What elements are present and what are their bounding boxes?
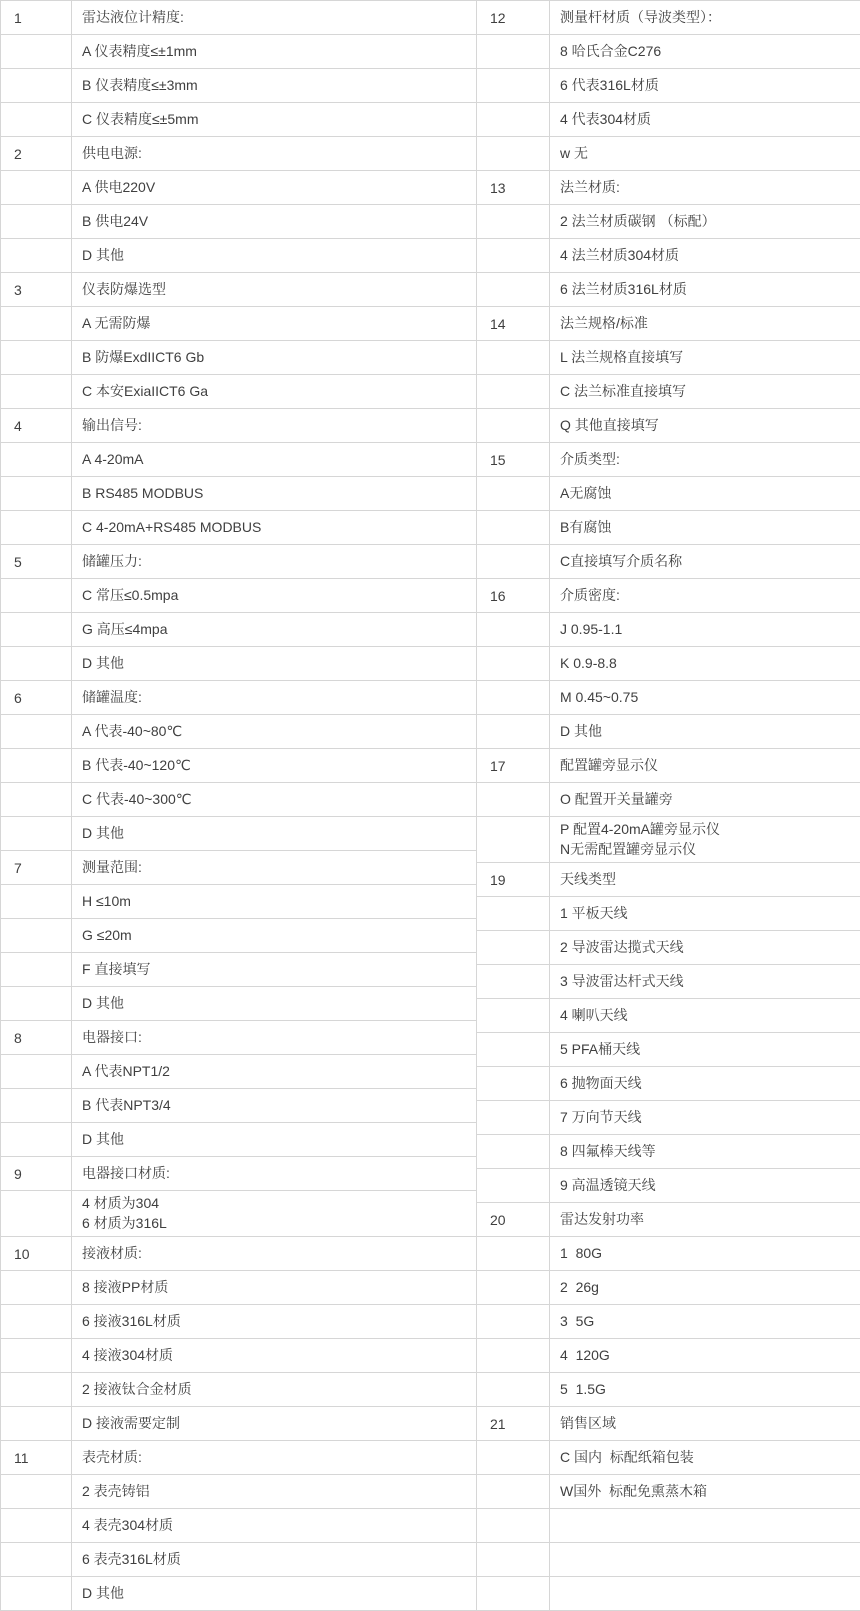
table-row: 4 法兰材质304材质 bbox=[477, 239, 860, 273]
row-number-cell bbox=[1, 375, 72, 409]
table-row: O 配置开关量罐旁 bbox=[477, 783, 860, 817]
row-number-cell bbox=[477, 647, 550, 681]
row-number-cell bbox=[1, 1543, 72, 1577]
table-row: L 法兰规格直接填写 bbox=[477, 341, 860, 375]
table-row: D 其他 bbox=[1, 1577, 477, 1611]
row-text-cell: M 0.45~0.75 bbox=[550, 681, 860, 715]
row-text-cell: C直接填写介质名称 bbox=[550, 545, 860, 579]
row-number-cell bbox=[477, 35, 550, 69]
table-row: 9电器接口材质: bbox=[1, 1157, 477, 1191]
row-number-cell bbox=[1, 69, 72, 103]
table-row: C 国内 标配纸箱包装 bbox=[477, 1441, 860, 1475]
table-row: 20雷达发射功率 bbox=[477, 1203, 860, 1237]
row-text-cell: A 仪表精度≤±1mm bbox=[72, 35, 477, 69]
row-text-cell: 8 哈氏合金C276 bbox=[550, 35, 860, 69]
row-text-cell: 6 表壳316L材质 bbox=[72, 1543, 477, 1577]
table-row: A 仪表精度≤±1mm bbox=[1, 35, 477, 69]
row-number-cell: 8 bbox=[1, 1021, 72, 1055]
row-text-cell: 仪表防爆选型 bbox=[72, 273, 477, 307]
row-text-cell: 4 表壳304材质 bbox=[72, 1509, 477, 1543]
table-row: C 本安ExiaIICT6 Ga bbox=[1, 375, 477, 409]
table-row: M 0.45~0.75 bbox=[477, 681, 860, 715]
row-text-cell: L 法兰规格直接填写 bbox=[550, 341, 860, 375]
table-row: C 法兰标准直接填写 bbox=[477, 375, 860, 409]
row-number-cell bbox=[477, 1441, 550, 1475]
row-text-cell: 8 接液PP材质 bbox=[72, 1271, 477, 1305]
table-row: 4 120G bbox=[477, 1339, 860, 1373]
table-row: B 代表NPT3/4 bbox=[1, 1089, 477, 1123]
table-row: 5储罐压力: bbox=[1, 545, 477, 579]
row-text-cell: 配置罐旁显示仪 bbox=[550, 749, 860, 783]
row-number-cell bbox=[477, 1067, 550, 1101]
row-number-cell bbox=[477, 1305, 550, 1339]
table-row: 2 表壳铸铝 bbox=[1, 1475, 477, 1509]
table-row: 6 表壳316L材质 bbox=[1, 1543, 477, 1577]
row-text-cell: 接液材质: bbox=[72, 1237, 477, 1271]
row-number-cell bbox=[477, 239, 550, 273]
row-text-cell: C 4-20mA+RS485 MODBUS bbox=[72, 511, 477, 545]
row-number-cell bbox=[477, 1169, 550, 1203]
row-number-cell: 1 bbox=[1, 1, 72, 35]
table-row: F 直接填写 bbox=[1, 953, 477, 987]
row-number-cell bbox=[477, 783, 550, 817]
row-number-cell bbox=[477, 1237, 550, 1271]
row-number-cell bbox=[477, 69, 550, 103]
row-number-cell bbox=[1, 103, 72, 137]
table-row: 13法兰材质: bbox=[477, 171, 860, 205]
row-text-cell: D 其他 bbox=[550, 715, 860, 749]
table-row: B 代表-40~120℃ bbox=[1, 749, 477, 783]
row-number-cell bbox=[477, 931, 550, 965]
row-number-cell: 12 bbox=[477, 1, 550, 35]
row-number-cell: 17 bbox=[477, 749, 550, 783]
table-row: 4 接液304材质 bbox=[1, 1339, 477, 1373]
table-row: K 0.9-8.8 bbox=[477, 647, 860, 681]
row-text-cell: 5 1.5G bbox=[550, 1373, 860, 1407]
row-text-cell: D 其他 bbox=[72, 987, 477, 1021]
row-text-cell: A 代表NPT1/2 bbox=[72, 1055, 477, 1089]
row-number-cell bbox=[477, 999, 550, 1033]
row-number-cell bbox=[1, 1509, 72, 1543]
table-row bbox=[477, 1543, 860, 1577]
row-number-cell bbox=[477, 545, 550, 579]
table-row: C 4-20mA+RS485 MODBUS bbox=[1, 511, 477, 545]
row-number-cell bbox=[477, 273, 550, 307]
row-number-cell bbox=[1, 35, 72, 69]
table-row: 4输出信号: bbox=[1, 409, 477, 443]
row-text-cell: P 配置4-20mA罐旁显示仪 N无需配置罐旁显示仪 bbox=[550, 817, 860, 863]
table-row: 4 喇叭天线 bbox=[477, 999, 860, 1033]
row-text-cell: B 供电24V bbox=[72, 205, 477, 239]
row-number-cell bbox=[1, 953, 72, 987]
row-number-cell: 14 bbox=[477, 307, 550, 341]
row-text-cell: D 接液需要定制 bbox=[72, 1407, 477, 1441]
row-number-cell bbox=[1, 783, 72, 817]
row-number-cell bbox=[1, 817, 72, 851]
row-text-cell: 4 接液304材质 bbox=[72, 1339, 477, 1373]
row-text-cell: 1 80G bbox=[550, 1237, 860, 1271]
row-number-cell: 20 bbox=[477, 1203, 550, 1237]
row-text-cell: 8 四氟棒天线等 bbox=[550, 1135, 860, 1169]
table-row: 6 接液316L材质 bbox=[1, 1305, 477, 1339]
table-row: 8 四氟棒天线等 bbox=[477, 1135, 860, 1169]
table-row: C 代表-40~300℃ bbox=[1, 783, 477, 817]
table-row: 3 5G bbox=[477, 1305, 860, 1339]
row-number-cell: 3 bbox=[1, 273, 72, 307]
row-text-cell: C 国内 标配纸箱包装 bbox=[550, 1441, 860, 1475]
table-row: 4 表壳304材质 bbox=[1, 1509, 477, 1543]
table-row: D 接液需要定制 bbox=[1, 1407, 477, 1441]
row-text-cell: w 无 bbox=[550, 137, 860, 171]
row-text-cell: G 高压≤4mpa bbox=[72, 613, 477, 647]
row-number-cell bbox=[1, 613, 72, 647]
row-number-cell bbox=[477, 341, 550, 375]
row-text-cell: B RS485 MODBUS bbox=[72, 477, 477, 511]
table-row: D 其他 bbox=[1, 817, 477, 851]
row-number-cell bbox=[1, 307, 72, 341]
table-row: 19天线类型 bbox=[477, 863, 860, 897]
row-number-cell bbox=[1, 1089, 72, 1123]
row-text-cell: 表壳材质: bbox=[72, 1441, 477, 1475]
row-text-cell: A 4-20mA bbox=[72, 443, 477, 477]
table-row: A 供电220V bbox=[1, 171, 477, 205]
row-text-cell: C 常压≤0.5mpa bbox=[72, 579, 477, 613]
table-row: 5 1.5G bbox=[477, 1373, 860, 1407]
table-row: 8 哈氏合金C276 bbox=[477, 35, 860, 69]
table-row: 17配置罐旁显示仪 bbox=[477, 749, 860, 783]
row-number-cell bbox=[477, 965, 550, 999]
row-text-cell: 6 代表316L材质 bbox=[550, 69, 860, 103]
row-number-cell: 16 bbox=[477, 579, 550, 613]
table-row: A 无需防爆 bbox=[1, 307, 477, 341]
table-row: 6储罐温度: bbox=[1, 681, 477, 715]
table-row bbox=[477, 1577, 860, 1611]
row-text-cell: C 法兰标准直接填写 bbox=[550, 375, 860, 409]
table-row: 16介质密度: bbox=[477, 579, 860, 613]
row-text-cell: 法兰规格/标准 bbox=[550, 307, 860, 341]
row-text-cell: O 配置开关量罐旁 bbox=[550, 783, 860, 817]
row-number-cell bbox=[477, 1373, 550, 1407]
row-number-cell bbox=[1, 647, 72, 681]
row-text-cell: D 其他 bbox=[72, 647, 477, 681]
table-row: 7 万向节天线 bbox=[477, 1101, 860, 1135]
row-number-cell bbox=[1, 1407, 72, 1441]
row-text-cell: W国外 标配免熏蒸木箱 bbox=[550, 1475, 860, 1509]
table-row: 3仪表防爆选型 bbox=[1, 273, 477, 307]
row-text-cell: 7 万向节天线 bbox=[550, 1101, 860, 1135]
row-text-cell: 测量杆材质（导波类型）： bbox=[550, 1, 860, 35]
row-number-cell: 7 bbox=[1, 851, 72, 885]
row-number-cell bbox=[1, 749, 72, 783]
row-text-cell: 1 平板天线 bbox=[550, 897, 860, 931]
row-number-cell: 15 bbox=[477, 443, 550, 477]
row-text-cell: 雷达液位计精度: bbox=[72, 1, 477, 35]
row-text-cell: 储罐压力: bbox=[72, 545, 477, 579]
row-number-cell bbox=[1, 579, 72, 613]
table-row: Q 其他直接填写 bbox=[477, 409, 860, 443]
row-number-cell: 11 bbox=[1, 1441, 72, 1475]
row-number-cell bbox=[477, 1543, 550, 1577]
row-text-cell: 2 26g bbox=[550, 1271, 860, 1305]
table-row: D 其他 bbox=[1, 1123, 477, 1157]
table-row: C 仪表精度≤±5mm bbox=[1, 103, 477, 137]
row-text-cell: 2 接液钛合金材质 bbox=[72, 1373, 477, 1407]
table-row: 14法兰规格/标准 bbox=[477, 307, 860, 341]
row-text-cell: 雷达发射功率 bbox=[550, 1203, 860, 1237]
table-row: C 常压≤0.5mpa bbox=[1, 579, 477, 613]
spec-sheet: 1雷达液位计精度:A 仪表精度≤±1mmB 仪表精度≤±3mmC 仪表精度≤±5… bbox=[0, 0, 860, 1611]
row-number-cell bbox=[477, 375, 550, 409]
table-row: G 高压≤4mpa bbox=[1, 613, 477, 647]
table-row: 11表壳材质: bbox=[1, 1441, 477, 1475]
row-number-cell bbox=[477, 1509, 550, 1543]
row-number-cell: 21 bbox=[477, 1407, 550, 1441]
table-row: A 代表-40~80℃ bbox=[1, 715, 477, 749]
row-number-cell: 6 bbox=[1, 681, 72, 715]
row-text-cell: C 代表-40~300℃ bbox=[72, 783, 477, 817]
row-text-cell: 介质密度: bbox=[550, 579, 860, 613]
row-text-cell: A 无需防爆 bbox=[72, 307, 477, 341]
spec-table-left: 1雷达液位计精度:A 仪表精度≤±1mmB 仪表精度≤±3mmC 仪表精度≤±5… bbox=[0, 0, 477, 1611]
table-row: D 其他 bbox=[477, 715, 860, 749]
table-row: 2 导波雷达揽式天线 bbox=[477, 931, 860, 965]
table-row: w 无 bbox=[477, 137, 860, 171]
table-row: 2 26g bbox=[477, 1271, 860, 1305]
row-text-cell: D 其他 bbox=[72, 239, 477, 273]
table-row: D 其他 bbox=[1, 647, 477, 681]
table-row: 1 平板天线 bbox=[477, 897, 860, 931]
table-row: 1雷达液位计精度: bbox=[1, 1, 477, 35]
row-text-cell: 2 表壳铸铝 bbox=[72, 1475, 477, 1509]
row-text-cell: 测量范围: bbox=[72, 851, 477, 885]
row-number-cell bbox=[1, 341, 72, 375]
row-number-cell: 2 bbox=[1, 137, 72, 171]
row-number-cell bbox=[1, 1373, 72, 1407]
table-row: C直接填写介质名称 bbox=[477, 545, 860, 579]
row-number-cell bbox=[477, 1101, 550, 1135]
table-row: D 其他 bbox=[1, 987, 477, 1021]
row-text-cell: Q 其他直接填写 bbox=[550, 409, 860, 443]
row-number-cell bbox=[477, 897, 550, 931]
table-row: 2供电电源: bbox=[1, 137, 477, 171]
row-text-cell: B 代表-40~120℃ bbox=[72, 749, 477, 783]
table-row: B有腐蚀 bbox=[477, 511, 860, 545]
row-text-cell: 4 代表304材质 bbox=[550, 103, 860, 137]
table-row: 6 代表316L材质 bbox=[477, 69, 860, 103]
row-number-cell: 5 bbox=[1, 545, 72, 579]
row-text-cell: D 其他 bbox=[72, 1123, 477, 1157]
table-row bbox=[477, 1509, 860, 1543]
row-text-cell: 4 120G bbox=[550, 1339, 860, 1373]
table-row: 4 材质为304 6 材质为316L bbox=[1, 1191, 477, 1237]
row-number-cell bbox=[1, 443, 72, 477]
row-number-cell: 13 bbox=[477, 171, 550, 205]
row-number-cell bbox=[1, 171, 72, 205]
row-text-cell: 电器接口: bbox=[72, 1021, 477, 1055]
table-row: 15介质类型: bbox=[477, 443, 860, 477]
table-row: 6 抛物面天线 bbox=[477, 1067, 860, 1101]
row-text-cell: H ≤10m bbox=[72, 885, 477, 919]
table-row: A 4-20mA bbox=[1, 443, 477, 477]
row-text-cell: A 供电220V bbox=[72, 171, 477, 205]
table-row: 2 接液钛合金材质 bbox=[1, 1373, 477, 1407]
table-row: D 其他 bbox=[1, 239, 477, 273]
row-number-cell bbox=[477, 1135, 550, 1169]
row-number-cell bbox=[1, 987, 72, 1021]
row-text-cell: 供电电源: bbox=[72, 137, 477, 171]
row-text-cell: 法兰材质: bbox=[550, 171, 860, 205]
row-text-cell: 4 材质为304 6 材质为316L bbox=[72, 1191, 477, 1237]
row-number-cell bbox=[1, 1271, 72, 1305]
row-text-cell: C 仪表精度≤±5mm bbox=[72, 103, 477, 137]
table-row: 12测量杆材质（导波类型）： bbox=[477, 1, 860, 35]
table-row: B 供电24V bbox=[1, 205, 477, 239]
row-text-cell: 天线类型 bbox=[550, 863, 860, 897]
row-number-cell bbox=[477, 103, 550, 137]
row-number-cell bbox=[1, 205, 72, 239]
row-text-cell: F 直接填写 bbox=[72, 953, 477, 987]
row-number-cell bbox=[477, 1475, 550, 1509]
row-number-cell bbox=[1, 1475, 72, 1509]
row-text-cell: D 其他 bbox=[72, 817, 477, 851]
table-row: J 0.95-1.1 bbox=[477, 613, 860, 647]
row-number-cell bbox=[1, 715, 72, 749]
row-number-cell bbox=[477, 409, 550, 443]
row-text-cell: A无腐蚀 bbox=[550, 477, 860, 511]
row-text-cell: 销售区域 bbox=[550, 1407, 860, 1441]
row-number-cell bbox=[477, 817, 550, 863]
row-number-cell bbox=[477, 681, 550, 715]
row-text-cell: 2 导波雷达揽式天线 bbox=[550, 931, 860, 965]
spec-table-right: 12测量杆材质（导波类型）：8 哈氏合金C2766 代表316L材质4 代表30… bbox=[476, 0, 860, 1611]
table-row: W国外 标配免熏蒸木箱 bbox=[477, 1475, 860, 1509]
table-row: 3 导波雷达杆式天线 bbox=[477, 965, 860, 999]
row-text-cell bbox=[550, 1543, 860, 1577]
table-row: 9 高温透镜天线 bbox=[477, 1169, 860, 1203]
table-row: 6 法兰材质316L材质 bbox=[477, 273, 860, 307]
row-text-cell: K 0.9-8.8 bbox=[550, 647, 860, 681]
row-text-cell: 3 5G bbox=[550, 1305, 860, 1339]
spec-table-left-body: 1雷达液位计精度:A 仪表精度≤±1mmB 仪表精度≤±3mmC 仪表精度≤±5… bbox=[1, 1, 477, 1611]
table-row: P 配置4-20mA罐旁显示仪 N无需配置罐旁显示仪 bbox=[477, 817, 860, 863]
row-number-cell bbox=[1, 477, 72, 511]
row-text-cell: C 本安ExiaIICT6 Ga bbox=[72, 375, 477, 409]
table-row: 7测量范围: bbox=[1, 851, 477, 885]
row-text-cell: 9 高温透镜天线 bbox=[550, 1169, 860, 1203]
table-row: B RS485 MODBUS bbox=[1, 477, 477, 511]
row-number-cell bbox=[1, 1339, 72, 1373]
row-text-cell: 4 法兰材质304材质 bbox=[550, 239, 860, 273]
table-row: B 仪表精度≤±3mm bbox=[1, 69, 477, 103]
row-text-cell: B 防爆ExdIICT6 Gb bbox=[72, 341, 477, 375]
row-number-cell bbox=[1, 919, 72, 953]
row-number-cell bbox=[477, 613, 550, 647]
row-text-cell: 3 导波雷达杆式天线 bbox=[550, 965, 860, 999]
row-number-cell bbox=[1, 885, 72, 919]
row-number-cell bbox=[1, 1191, 72, 1237]
row-number-cell bbox=[477, 1577, 550, 1611]
row-text-cell: B有腐蚀 bbox=[550, 511, 860, 545]
row-text-cell: 5 PFA桶天线 bbox=[550, 1033, 860, 1067]
row-text-cell: 4 喇叭天线 bbox=[550, 999, 860, 1033]
row-text-cell: D 其他 bbox=[72, 1577, 477, 1611]
row-text-cell: 2 法兰材质碳钢 （标配） bbox=[550, 205, 860, 239]
row-text-cell: G ≤20m bbox=[72, 919, 477, 953]
spec-table-right-body: 12测量杆材质（导波类型）：8 哈氏合金C2766 代表316L材质4 代表30… bbox=[477, 1, 860, 1611]
row-number-cell bbox=[1, 1577, 72, 1611]
table-row: A 代表NPT1/2 bbox=[1, 1055, 477, 1089]
row-text-cell: 输出信号: bbox=[72, 409, 477, 443]
row-text-cell: J 0.95-1.1 bbox=[550, 613, 860, 647]
row-number-cell bbox=[1, 511, 72, 545]
table-row: G ≤20m bbox=[1, 919, 477, 953]
row-number-cell: 4 bbox=[1, 409, 72, 443]
row-text-cell bbox=[550, 1509, 860, 1543]
row-number-cell bbox=[477, 1339, 550, 1373]
row-number-cell bbox=[477, 137, 550, 171]
row-text-cell: B 仪表精度≤±3mm bbox=[72, 69, 477, 103]
row-text-cell bbox=[550, 1577, 860, 1611]
row-text-cell: A 代表-40~80℃ bbox=[72, 715, 477, 749]
row-number-cell bbox=[477, 205, 550, 239]
row-number-cell: 9 bbox=[1, 1157, 72, 1191]
table-row: 4 代表304材质 bbox=[477, 103, 860, 137]
row-number-cell bbox=[1, 1123, 72, 1157]
row-text-cell: 6 抛物面天线 bbox=[550, 1067, 860, 1101]
row-text-cell: B 代表NPT3/4 bbox=[72, 1089, 477, 1123]
row-number-cell bbox=[477, 511, 550, 545]
row-number-cell bbox=[477, 1033, 550, 1067]
row-text-cell: 储罐温度: bbox=[72, 681, 477, 715]
table-row: 2 法兰材质碳钢 （标配） bbox=[477, 205, 860, 239]
row-text-cell: 介质类型: bbox=[550, 443, 860, 477]
table-row: H ≤10m bbox=[1, 885, 477, 919]
row-number-cell bbox=[477, 715, 550, 749]
table-row: 5 PFA桶天线 bbox=[477, 1033, 860, 1067]
table-row: 1 80G bbox=[477, 1237, 860, 1271]
row-text-cell: 电器接口材质: bbox=[72, 1157, 477, 1191]
table-row: 8电器接口: bbox=[1, 1021, 477, 1055]
row-number-cell bbox=[1, 1305, 72, 1339]
row-number-cell bbox=[477, 1271, 550, 1305]
row-number-cell bbox=[1, 239, 72, 273]
table-row: 10接液材质: bbox=[1, 1237, 477, 1271]
table-row: A无腐蚀 bbox=[477, 477, 860, 511]
row-number-cell: 19 bbox=[477, 863, 550, 897]
row-number-cell: 10 bbox=[1, 1237, 72, 1271]
table-row: B 防爆ExdIICT6 Gb bbox=[1, 341, 477, 375]
row-text-cell: 6 法兰材质316L材质 bbox=[550, 273, 860, 307]
table-row: 21销售区域 bbox=[477, 1407, 860, 1441]
row-text-cell: 6 接液316L材质 bbox=[72, 1305, 477, 1339]
table-row: 8 接液PP材质 bbox=[1, 1271, 477, 1305]
row-number-cell bbox=[1, 1055, 72, 1089]
row-number-cell bbox=[477, 477, 550, 511]
